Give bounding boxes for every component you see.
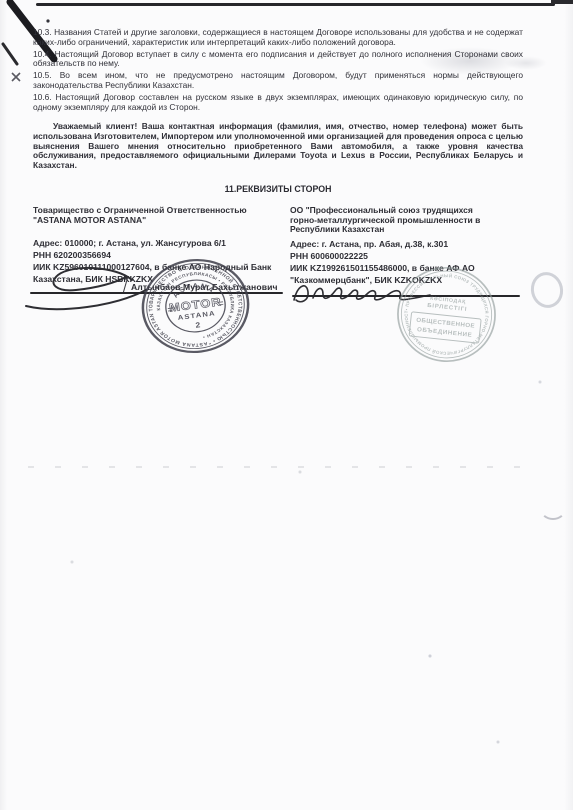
document-body: 10.3. Названия Статей и другие заголовки… <box>33 28 523 286</box>
left-party-address: Адрес: 010000; г. Астана, ул. Жансугуров… <box>33 238 290 250</box>
union-stamp-right: • ПРОФЕССИОНАЛЬНЫЙ СОЮЗ ТРУДЯЩИХСЯ ГОРНО… <box>391 261 502 368</box>
signature-zone: Алтынбаев Мурат Бахытжанович ТОВАРИЩЕСТ <box>0 268 573 810</box>
section-heading-requisites: 11.РЕКВИЗИТЫ СТОРОН <box>33 184 523 194</box>
clause-10-5: 10.5. Во всем ином, что не предусмотрено… <box>33 71 523 90</box>
stamp-right-ring-text: • ПРОФЕССИОНАЛЬНЫЙ СОЮЗ ТРУДЯЩИХСЯ ГОРНО… <box>399 269 493 360</box>
company-stamp-left: ТОВАРИЩЕСТВО С ОГРАНИЧЕННОЙ ОТВЕТСТВЕННО… <box>132 249 258 362</box>
clause-10-6: 10.6. Настоящий Договор составлен на рус… <box>33 93 523 112</box>
left-party-name-line2: "ASTANA MOTOR ASTANA" <box>33 216 290 226</box>
stamp-left-number: 2 <box>195 321 201 330</box>
clause-10-3: 10.3. Названия Статей и другие заголовки… <box>33 28 523 47</box>
right-party-address: Адрес: г. Астана, пр. Абая, д.38, к.301 <box>290 239 523 251</box>
scan-top-corner-dash <box>551 0 573 4</box>
scanned-contract-page: 10.3. Названия Статей и другие заголовки… <box>0 0 573 810</box>
scan-top-edge-line <box>36 3 555 6</box>
right-party-name-line3: Республики Казахстан <box>290 225 523 235</box>
client-notice-paragraph: Уважаемый клиент! Ваша контактная информ… <box>33 122 523 171</box>
clause-10-4: 10.4. Настоящий Договор вступает в силу … <box>33 50 523 69</box>
